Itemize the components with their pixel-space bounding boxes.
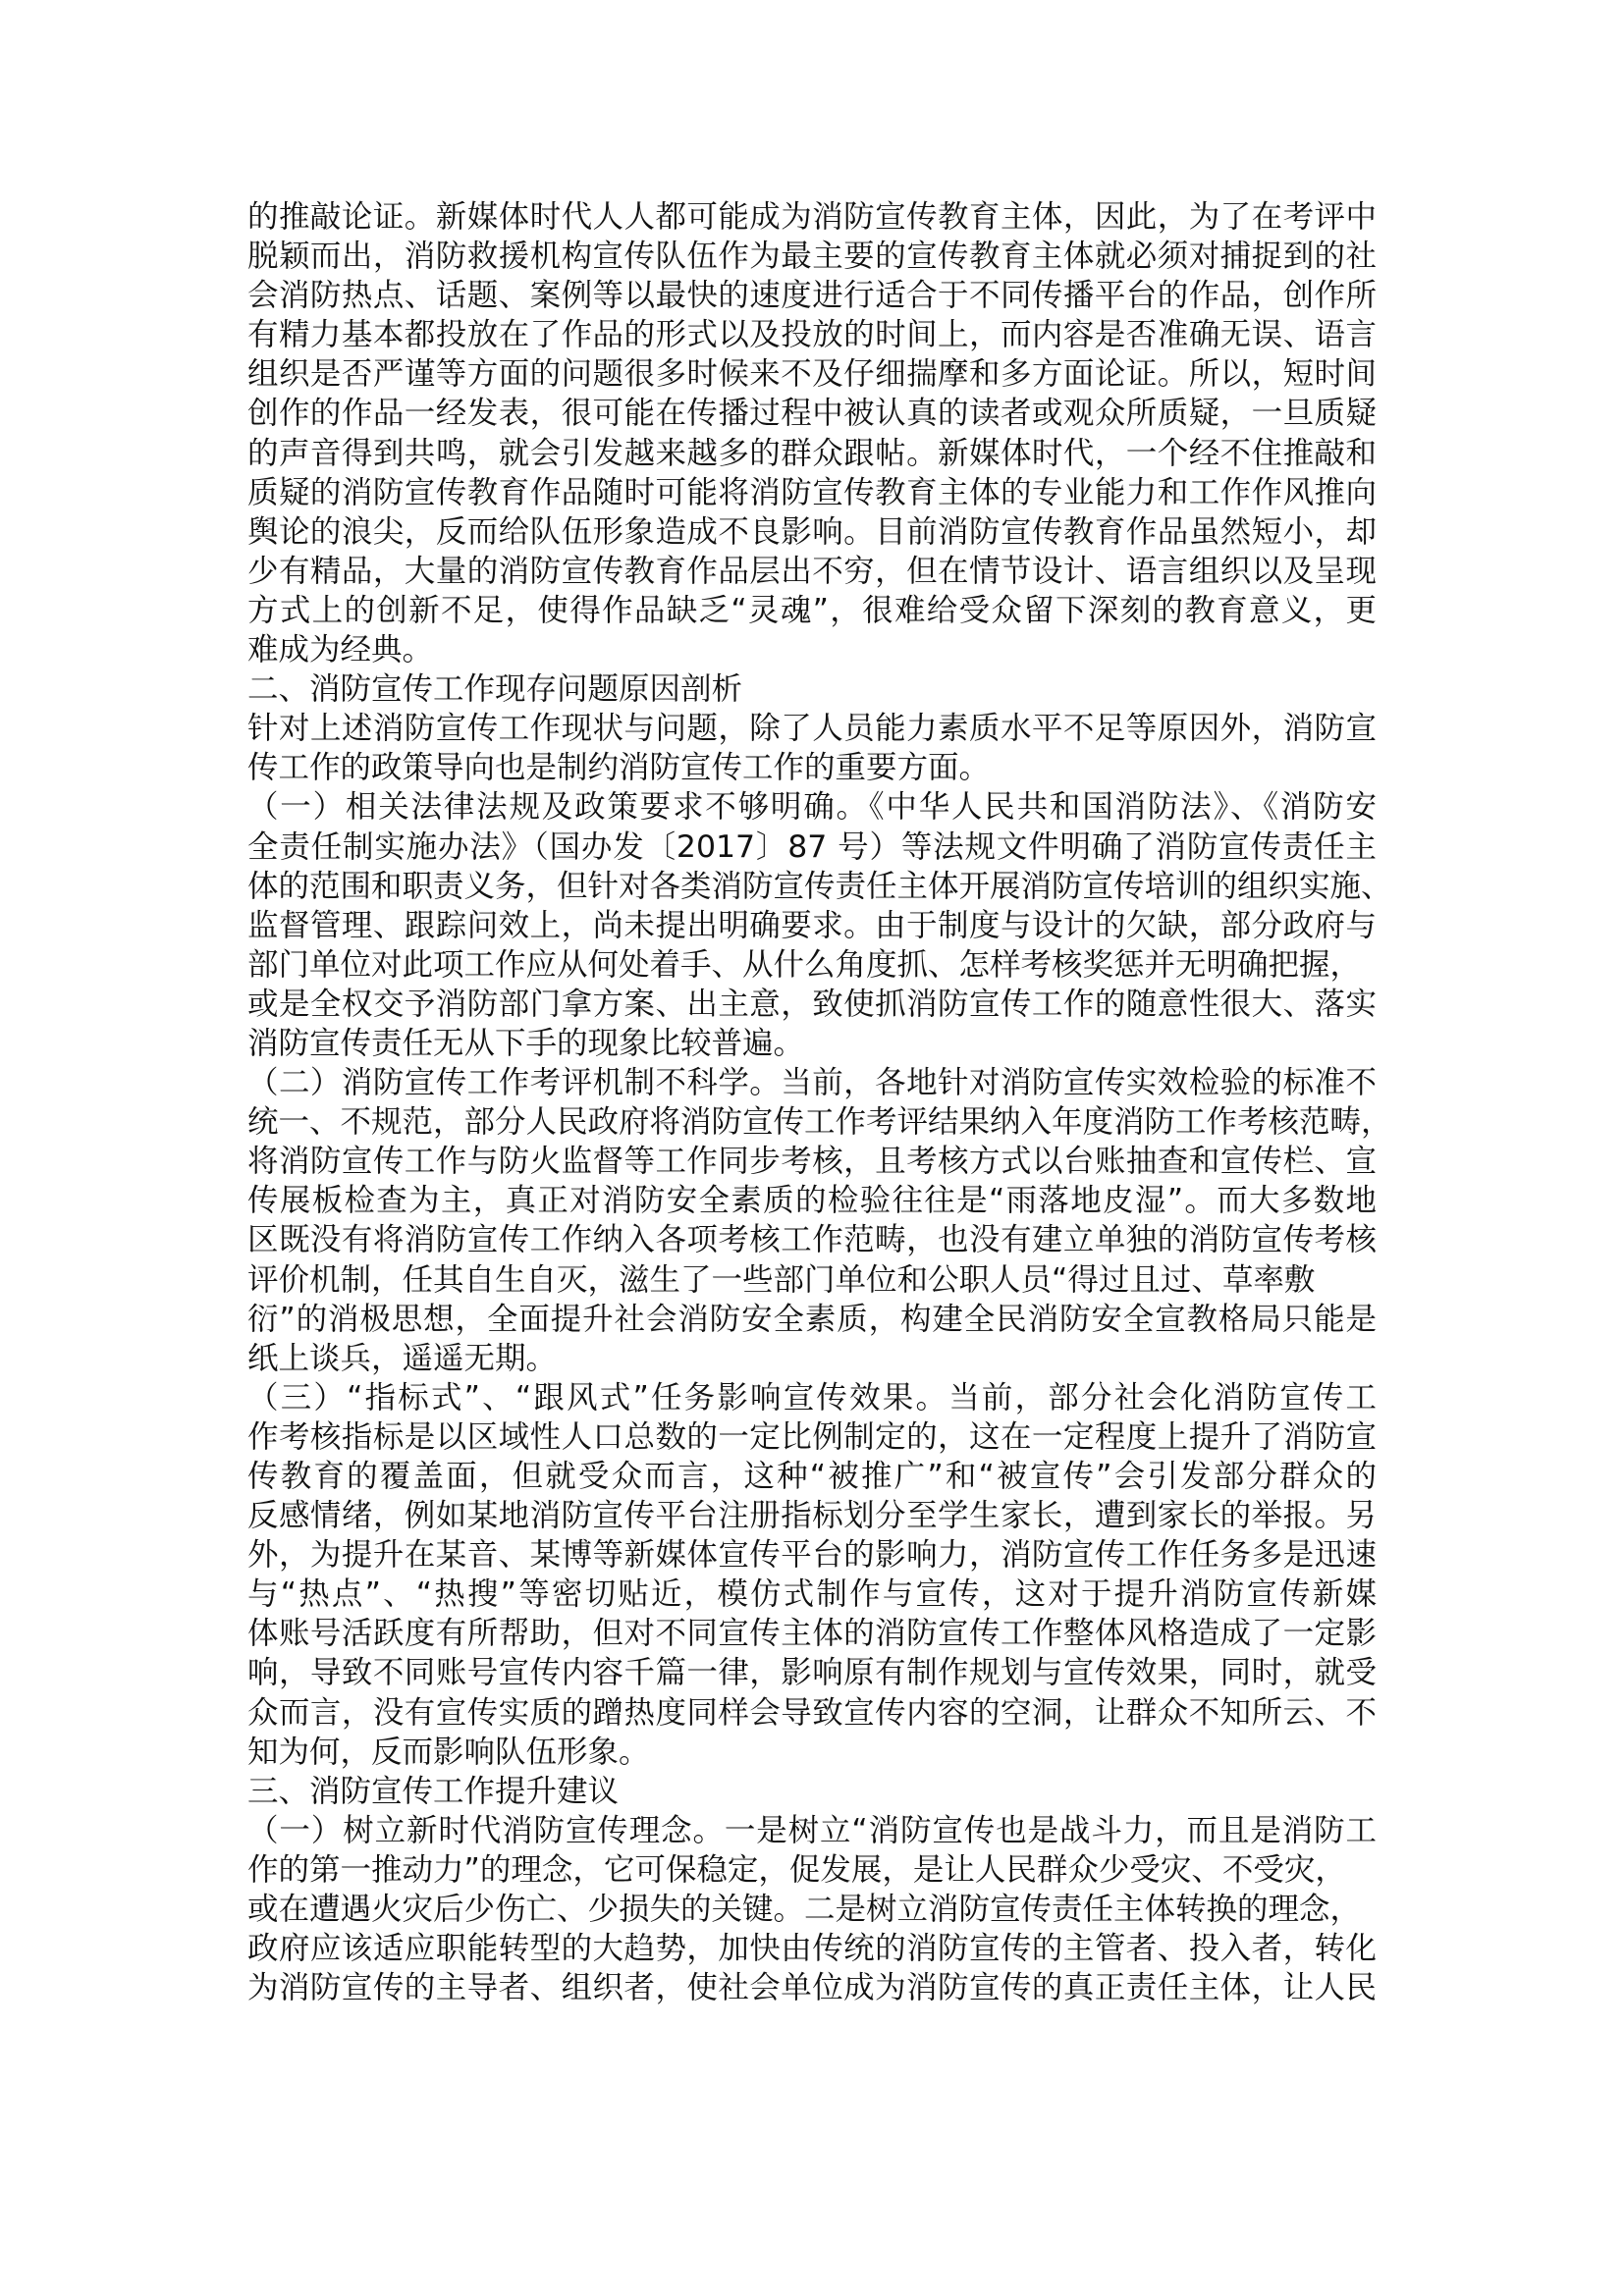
text-line: 创作的作品一经发表，很可能在传播过程中被认真的读者或观众所质疑，一旦质疑 (247, 394, 1377, 433)
paragraph-section2-item3: （三）“指标式”、“跟风式”任务影响宣传效果。当前，部分社会化消防宣传工 作考核… (247, 1378, 1377, 1772)
text-line: （三）“指标式”、“跟风式”任务影响宣传效果。当前，部分社会化消防宣传工 (247, 1378, 1377, 1417)
text-line: 组织是否严谨等方面的问题很多时候来不及仔细揣摩和多方面论证。所以，短时间 (247, 354, 1377, 394)
text-line: 传展板检查为主，真正对消防安全素质的检验往往是“雨落地皮湿”。而大多数地 (247, 1181, 1377, 1220)
text-line: 作的第一推动力”的理念，它可保稳定，促发展，是让人民群众少受灾、不受灾， (247, 1850, 1377, 1890)
text-line: 难成为经典。 (247, 630, 1377, 669)
text-line: 监督管理、跟踪问效上，尚未提出明确要求。由于制度与设计的欠缺，部分政府与 (247, 906, 1377, 945)
text-line: （二）消防宣传工作考评机制不科学。当前，各地针对消防宣传实效检验的标准不 (247, 1063, 1377, 1102)
text-line: 少有精品，大量的消防宣传教育作品层出不穷，但在情节设计、语言组织以及呈现 (247, 552, 1377, 591)
text-line: 体账号活跃度有所帮助，但对不同宣传主体的消防宣传工作整体风格造成了一定影 (247, 1614, 1377, 1653)
text-line: 区既没有将消防宣传工作纳入各项考核工作范畴，也没有建立单独的消防宣传考核 (247, 1220, 1377, 1259)
text-line: 或是全权交予消防部门拿方案、出主意，致使抓消防宣传工作的随意性很大、落实 (247, 985, 1377, 1024)
paragraph-section2-item1: （一）相关法律法规及政策要求不够明确。《中华人民共和国消防法》、《消防安 全责任… (247, 787, 1377, 1063)
text-line: 消防宣传责任无从下手的现象比较普遍。 (247, 1024, 1377, 1063)
text-line: 响，导致不同账号宣传内容千篇一律，影响原有制作规划与宣传效果，同时，就受 (247, 1653, 1377, 1692)
text-line: 全责任制实施办法》（国办发〔2017〕87 号）等法规文件明确了消防宣传责任主 (247, 828, 1377, 867)
text-line: 质疑的消防宣传教育作品随时可能将消防宣传教育主体的专业能力和工作作风推向 (247, 473, 1377, 512)
text-line: 体的范围和职责义务，但针对各类消防宣传责任主体开展消防宣传培训的组织实施、 (247, 867, 1377, 906)
text-line: 将消防宣传工作与防火监督等工作同步考核，且考核方式以台账抽查和宣传栏、宣 (247, 1142, 1377, 1181)
text-line: （一）相关法律法规及政策要求不够明确。《中华人民共和国消防法》、《消防安 (247, 787, 1377, 827)
text-line: 反感情绪，例如某地消防宣传平台注册指标划分至学生家长，遭到家长的举报。另 (247, 1496, 1377, 1535)
text-line: 传教育的覆盖面，但就受众而言，这种“被推广”和“被宣传”会引发部分群众的 (247, 1457, 1377, 1496)
paragraph-section3-item1: （一）树立新时代消防宣传理念。一是树立“消防宣传也是战斗力，而且是消防工 作的第… (247, 1811, 1377, 2007)
text-line: 会消防热点、话题、案例等以最快的速度进行适合于不同传播平台的作品，创作所 (247, 276, 1377, 315)
text-line: 传工作的政策导向也是制约消防宣传工作的重要方面。 (247, 748, 1377, 787)
text-line: 脱颖而出，消防救援机构宣传队伍作为最主要的宣传教育主体就必须对捕捉到的社 (247, 237, 1377, 276)
text-line: （一）树立新时代消防宣传理念。一是树立“消防宣传也是战斗力，而且是消防工 (247, 1811, 1377, 1850)
text-line: 为消防宣传的主导者、组织者，使社会单位成为消防宣传的真正责任主体，让人民 (247, 1968, 1377, 2007)
text-line: 部门单位对此项工作应从何处着手、从什么角度抓、怎样考核奖惩并无明确把握， (247, 945, 1377, 985)
text-line: 政府应该适应职能转型的大趋势，加快由传统的消防宣传的主管者、投入者，转化 (247, 1929, 1377, 1968)
text-line: 众而言，没有宣传实质的蹭热度同样会导致宣传内容的空洞，让群众不知所云、不 (247, 1693, 1377, 1733)
text-line: 针对上述消防宣传工作现状与问题，除了人员能力素质水平不足等原因外，消防宣 (247, 709, 1377, 748)
text-line: 评价机制，任其自生自灭，滋生了一些部门单位和公职人员“得过且过、草率敷 (247, 1260, 1377, 1300)
section-heading-3: 三、消防宣传工作提升建议 (247, 1772, 1377, 1811)
text-line: 与“热点”、“热搜”等密切贴近，模仿式制作与宣传，这对于提升消防宣传新媒 (247, 1575, 1377, 1614)
text-line: 有精力基本都投放在了作品的形式以及投放的时间上，而内容是否准确无误、语言 (247, 315, 1377, 354)
text-line: 方式上的创新不足，使得作品缺乏“灵魂”，很难给受众留下深刻的教育意义，更 (247, 591, 1377, 630)
text-line: 外，为提升在某音、某博等新媒体宣传平台的影响力，消防宣传工作任务多是迅速 (247, 1535, 1377, 1575)
document-page: 的推敲论证。新媒体时代人人都可能成为消防宣传教育主体，因此，为了在考评中 脱颖而… (247, 197, 1377, 2007)
text-line: 的声音得到共鸣，就会引发越来越多的群众跟帖。新媒体时代，一个经不住推敲和 (247, 434, 1377, 473)
text-line: 的推敲论证。新媒体时代人人都可能成为消防宣传教育主体，因此，为了在考评中 (247, 197, 1377, 237)
section-heading-2: 二、消防宣传工作现存问题原因剖析 (247, 669, 1377, 709)
paragraph-section2-intro: 针对上述消防宣传工作现状与问题，除了人员能力素质水平不足等原因外，消防宣 传工作… (247, 709, 1377, 787)
text-line: 纸上谈兵，遥遥无期。 (247, 1339, 1377, 1378)
text-line: 衍”的消极思想，全面提升社会消防安全素质，构建全民消防安全宣教格局只能是 (247, 1300, 1377, 1339)
text-line: 或在遭遇火灾后少伤亡、少损失的关键。二是树立消防宣传责任主体转换的理念， (247, 1890, 1377, 1929)
text-line: 舆论的浪尖，反而给队伍形象造成不良影响。目前消防宣传教育作品虽然短小，却 (247, 512, 1377, 552)
text-line: 统一、不规范，部分人民政府将消防宣传工作考评结果纳入年度消防工作考核范畴， (247, 1102, 1377, 1142)
text-line: 知为何，反而影响队伍形象。 (247, 1733, 1377, 1772)
paragraph-section2-item2: （二）消防宣传工作考评机制不科学。当前，各地针对消防宣传实效检验的标准不 统一、… (247, 1063, 1377, 1378)
paragraph-intro-continuation: 的推敲论证。新媒体时代人人都可能成为消防宣传教育主体，因此，为了在考评中 脱颖而… (247, 197, 1377, 669)
text-line: 作考核指标是以区域性人口总数的一定比例制定的，这在一定程度上提升了消防宣 (247, 1417, 1377, 1457)
